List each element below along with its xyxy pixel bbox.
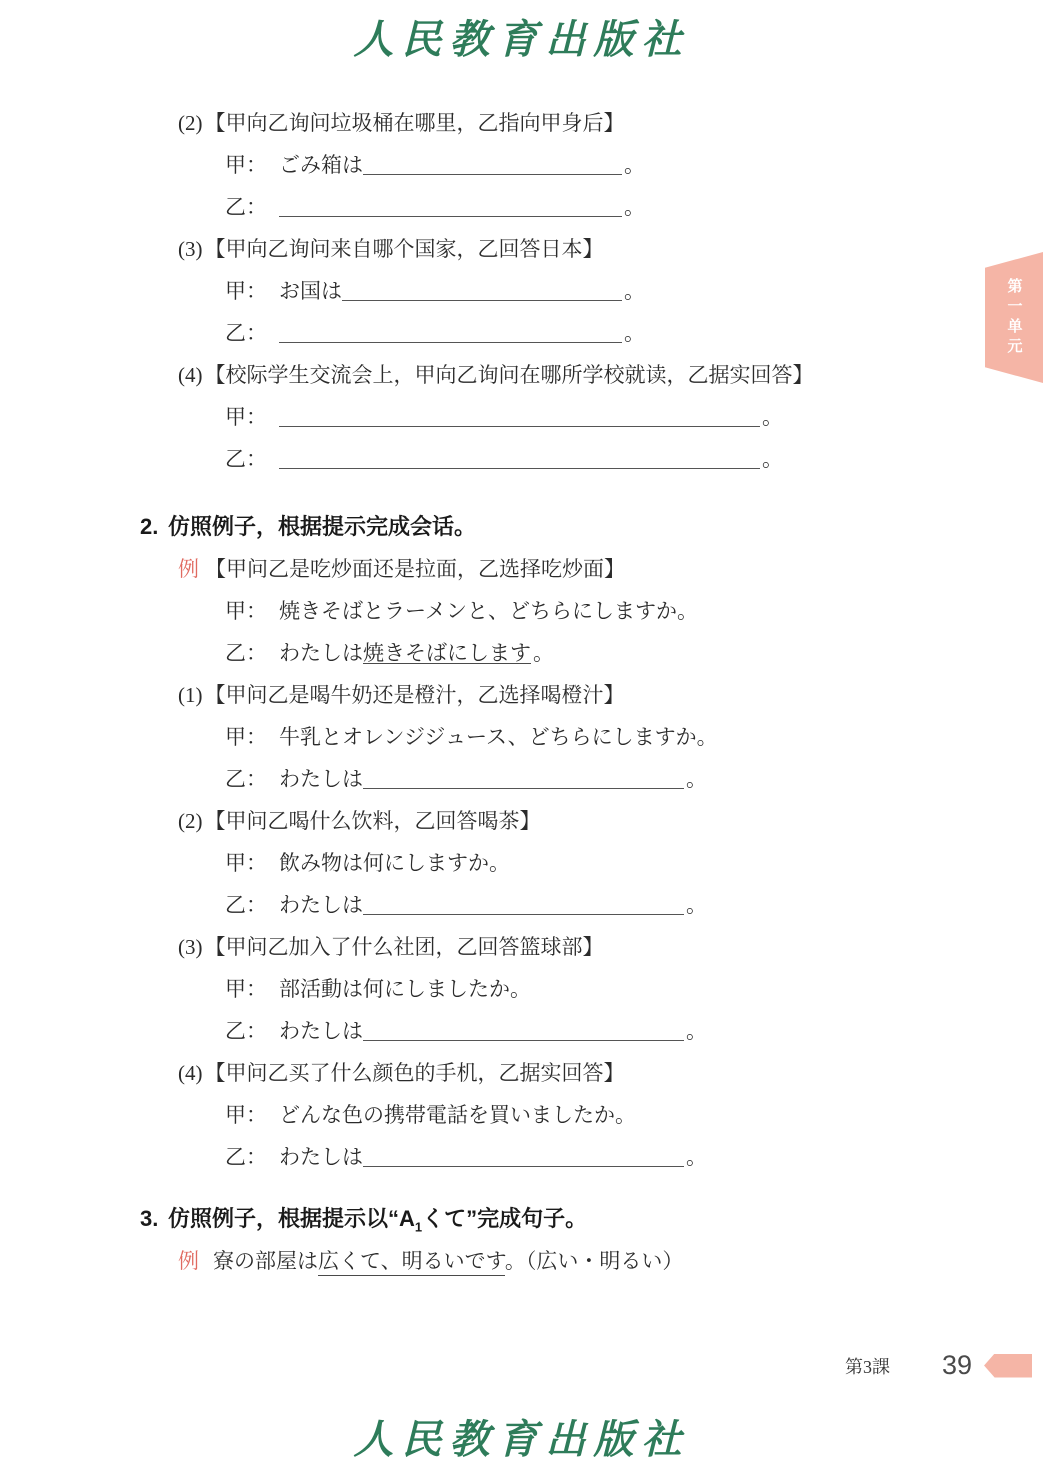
example-sentence-row: 例寮の部屋は広くて、明るいです。（広い・明るい） [178,1250,1043,1272]
dialogue-text: 部活動は何にしましたか。 [279,978,531,1000]
dialogue-text: 焼きそばとラーメンと、どちらにしますか。 [279,600,698,622]
dialogue-line: 甲：牛乳とオレンジジュース、どちらにしますか。 [225,726,1043,748]
item-number: (3) [178,237,203,261]
item-instruction: 【校际学生交流会上，甲向乙询问在哪所学校就读，乙据实回答】 [205,363,814,387]
dialogue-line: 甲：お国は。 [225,280,645,302]
item-instruction-row: (1)【甲问乙是喝牛奶还是橙汁，乙选择喝橙汁】 [178,684,1043,706]
section-title: 仿照例子，根据提示完成会话。 [168,514,476,539]
dialogue-line: 乙：わたしは。 [225,768,707,790]
line-pre-text: ごみ箱は [279,154,363,176]
page-footer: 第3課 39 [845,1350,1032,1381]
line-end-punctuation: 。 [624,196,645,218]
answer-blank[interactable] [342,280,622,301]
answer-blank[interactable] [363,894,684,915]
answer-blank[interactable] [279,322,622,343]
line-pre-text: お国は [279,280,342,302]
item-number: (2) [178,111,203,135]
footer-lesson-label: 第3課 [845,1353,890,1379]
line-pre-text: わたしは [279,894,363,916]
speaker-label: 甲： [225,280,267,302]
answer-blank[interactable] [279,196,622,217]
page-content: (2)【甲向乙询问垃圾桶在哪里，乙指向甲身后】 甲：ごみ箱は。 乙：。 (3)【… [0,112,1043,1292]
answer-blank[interactable] [363,1020,684,1041]
item-number: (2) [178,809,203,833]
dialogue-line: 乙：。 [225,322,645,344]
example-pre-text: 寮の部屋は [213,1249,318,1273]
exercise-item: (4)【校际学生交流会上，甲向乙询问在哪所学校就读，乙据实回答】 甲：。 乙：。 [0,364,1043,470]
answer-blank[interactable] [279,448,760,469]
example-label: 例 [178,1249,199,1273]
speaker-label: 乙： [225,322,267,344]
dialogue-line: 乙：わたしは。 [225,1020,707,1042]
speaker-label: 甲： [225,154,267,176]
item-instruction-row: (2)【甲问乙喝什么饮料，乙回答喝茶】 [178,810,1043,832]
dialogue-line: 甲：どんな色の携帯電話を買いましたか。 [225,1104,1043,1126]
exercise-item: (1)【甲问乙是喝牛奶还是橙汁，乙选择喝橙汁】 甲：牛乳とオレンジジュース、どち… [0,684,1043,790]
speaker-label: 乙： [225,448,267,470]
dialogue-line: 乙：。 [225,196,645,218]
item-number: (4) [178,1061,203,1085]
dialogue-line: 甲：部活動は何にしましたか。 [225,978,1043,1000]
example-answer-underlined: 焼きそばにします [363,642,531,664]
example-block: 例【甲问乙是吃炒面还是拉面，乙选择吃炒面】 甲：焼きそばとラーメンと、どちらにし… [0,558,1043,664]
item-number: (1) [178,683,203,707]
item-instruction: 【甲问乙买了什么颜色的手机，乙据实回答】 [205,1061,625,1085]
line-end-punctuation: 。 [686,1020,707,1042]
example-hint: （広い・明るい） [526,1249,684,1273]
exercise-item: (2)【甲问乙喝什么饮料，乙回答喝茶】 甲：飲み物は何にしますか。 乙：わたしは… [0,810,1043,916]
dialogue-line: 乙：わたしは。 [225,1146,707,1168]
example-label: 例 [178,557,199,581]
dialogue-line: 甲：飲み物は何にしますか。 [225,852,1043,874]
exercise-item: (4)【甲问乙买了什么颜色的手机，乙据实回答】 甲：どんな色の携帯電話を買いまし… [0,1062,1043,1168]
publisher-logo-footer: 人民教育出版社 [0,1408,1043,1465]
line-pre-text: わたしは [279,1020,363,1042]
dialogue-line: 甲：ごみ箱は。 [225,154,645,176]
item-instruction-row: (4)【甲问乙买了什么颜色的手机，乙据实回答】 [178,1062,1043,1084]
answer-blank[interactable] [279,406,760,427]
item-instruction: 【甲问乙加入了什么社团，乙回答篮球部】 [205,935,604,959]
item-instruction: 【甲向乙询问垃圾桶在哪里，乙指向甲身后】 [205,111,625,135]
section-number: 2. [140,516,168,538]
speaker-label: 乙： [225,1020,267,1042]
line-end-punctuation: 。 [686,1146,707,1168]
item-instruction: 【甲问乙喝什么饮料，乙回答喝茶】 [205,809,541,833]
line-end-punctuation: 。 [762,406,783,428]
example-instruction: 【甲问乙是吃炒面还是拉面，乙选择吃炒面】 [205,557,625,581]
example-answer-underlined: 広くて、明るいです [318,1249,505,1276]
dialogue-line: 甲：。 [225,406,783,428]
item-instruction: 【甲问乙是喝牛奶还是橙汁，乙选择喝橙汁】 [205,683,625,707]
item-instruction: 【甲向乙询问来自哪个国家，乙回答日本】 [205,237,604,261]
speaker-label: 乙： [225,642,267,664]
line-end-punctuation: 。 [686,768,707,790]
footer-chevron-icon [984,1354,1032,1378]
line-end-punctuation: 。 [624,280,645,302]
publisher-logo-header: 人民教育出版社 [0,8,1043,65]
example-instruction-row: 例【甲问乙是吃炒面还是拉面，乙选择吃炒面】 [178,558,1043,580]
item-instruction-row: (3)【甲问乙加入了什么社团，乙回答篮球部】 [178,936,1043,958]
speaker-label: 乙： [225,894,267,916]
exercise-item: (2)【甲向乙询问垃圾桶在哪里，乙指向甲身后】 甲：ごみ箱は。 乙：。 [0,112,1043,218]
item-number: (4) [178,363,203,387]
speaker-label: 乙： [225,196,267,218]
section-title-post: くて”完成句子。 [422,1206,587,1231]
section-title: 仿照例子，根据提示以“A1くて”完成句子。 [168,1206,587,1231]
item-instruction-row: (4)【校际学生交流会上，甲向乙询问在哪所学校就读，乙据实回答】 [178,364,1043,386]
line-end-punctuation: 。 [686,894,707,916]
line-end-punctuation: 。 [624,154,645,176]
section-title-pre: 仿照例子，根据提示以“A [168,1206,415,1231]
dialogue-line: 乙：。 [225,448,783,470]
dialogue-text: 牛乳とオレンジジュース、どちらにしますか。 [279,726,718,748]
line-end-punctuation: 。 [624,322,645,344]
dialogue-line: 甲：焼きそばとラーメンと、どちらにしますか。 [225,600,1043,622]
dialogue-text: 飲み物は何にしますか。 [279,852,510,874]
line-end-punctuation: 。 [533,642,554,664]
line-end-punctuation: 。 [505,1249,526,1273]
speaker-label: 甲： [225,978,267,1000]
line-end-punctuation: 。 [762,448,783,470]
answer-blank[interactable] [363,154,622,175]
line-pre-text: わたしは [279,1146,363,1168]
speaker-label: 甲： [225,406,267,428]
dialogue-line: 乙：わたしは焼きそばにします。 [225,642,1043,664]
dialogue-text: どんな色の携帯電話を買いましたか。 [279,1104,636,1126]
item-instruction-row: (3)【甲向乙询问来自哪个国家，乙回答日本】 [178,238,1043,260]
exercise-item: (3)【甲问乙加入了什么社团，乙回答篮球部】 甲：部活動は何にしましたか。 乙：… [0,936,1043,1042]
footer-page-number: 39 [942,1350,972,1381]
speaker-label: 甲： [225,1104,267,1126]
speaker-label: 甲： [225,852,267,874]
speaker-label: 甲： [225,726,267,748]
speaker-label: 甲： [225,600,267,622]
workbook-page: { "logo": { "text": "人民教育出版社", "color": … [0,0,1043,1474]
section-2-heading: 2.仿照例子，根据提示完成会话。 [140,516,1043,538]
speaker-label: 乙： [225,768,267,790]
line-pre-text: わたしは [279,642,363,664]
dialogue-line: 乙：わたしは。 [225,894,707,916]
exercise-item: (3)【甲向乙询问来自哪个国家，乙回答日本】 甲：お国は。 乙：。 [0,238,1043,344]
section-number: 3. [140,1208,168,1230]
speaker-label: 乙： [225,1146,267,1168]
item-number: (3) [178,935,203,959]
answer-blank[interactable] [363,768,684,789]
section-3-heading: 3.仿照例子，根据提示以“A1くて”完成句子。 [140,1208,1043,1230]
line-pre-text: わたしは [279,768,363,790]
item-instruction-row: (2)【甲向乙询问垃圾桶在哪里，乙指向甲身后】 [178,112,1043,134]
answer-blank[interactable] [363,1146,684,1167]
